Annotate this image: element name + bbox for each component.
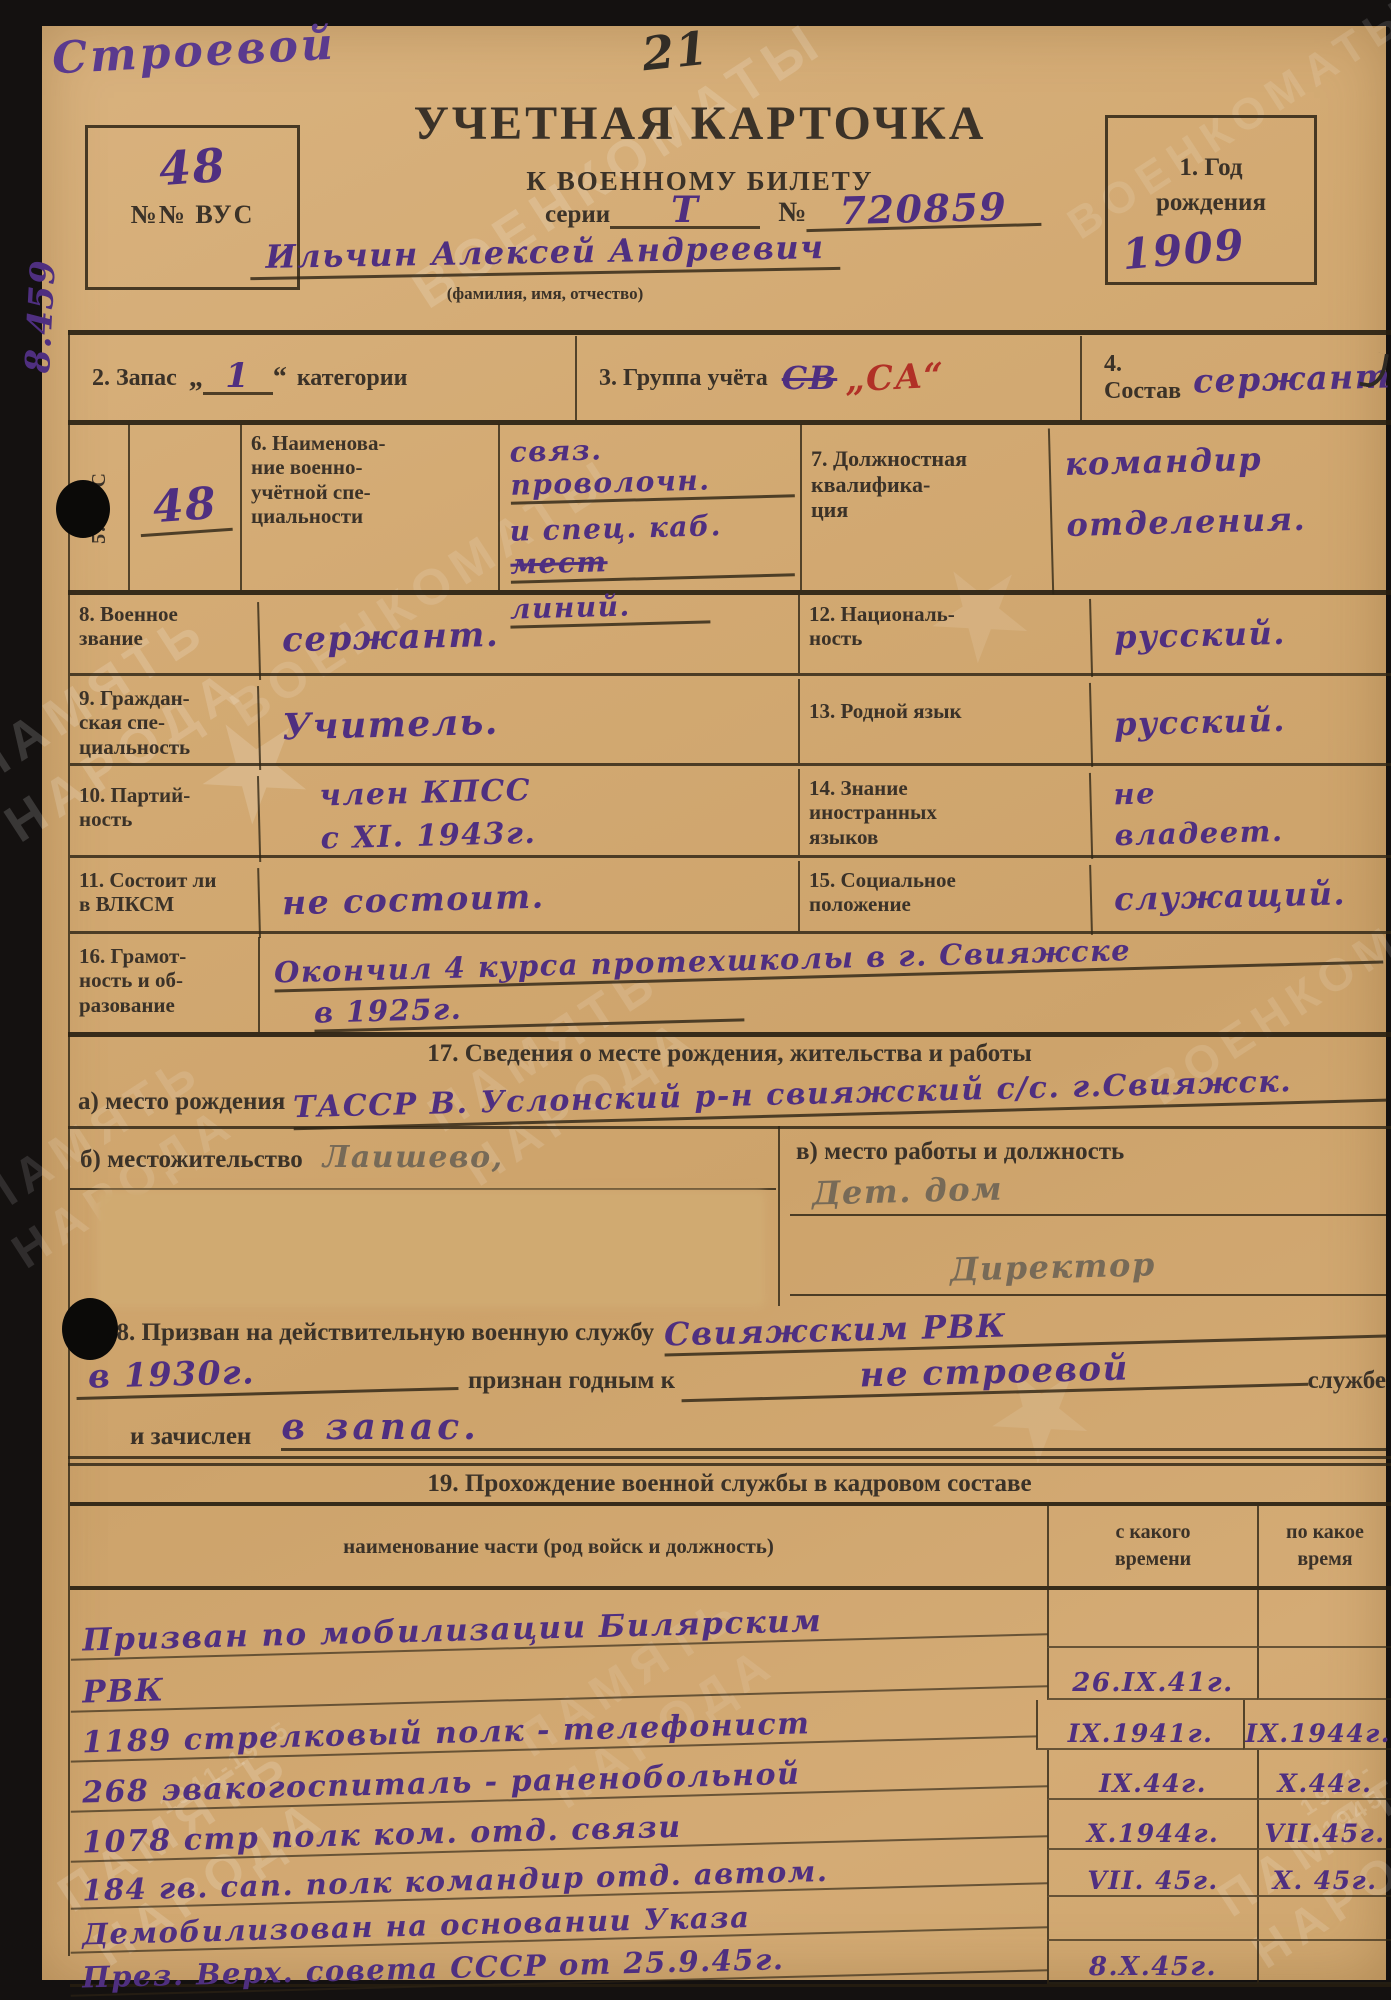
series-label: серии [545, 201, 610, 229]
redacted-area [100, 1194, 762, 1304]
service-to: X. 45г. [1257, 1850, 1391, 1897]
enlisted-label: и зачислен [130, 1423, 251, 1451]
field-13-label: 13. Родной язык [798, 679, 1090, 763]
service-row: През. Верх. совета СССР от 25.9.45г. 8.X… [70, 1941, 1391, 1987]
field-10-value: член КПСС с XI. 1943г. [257, 762, 799, 862]
service-to [1257, 1590, 1391, 1648]
field-4-label: 4. Состав [1104, 351, 1183, 405]
birth-year-value: 1909 [1120, 214, 1316, 280]
series-number-line: серии Т № 720859 [545, 192, 1085, 229]
field-3-value: „СА“ [844, 355, 946, 400]
scanned-military-card: { "colors":{"paper":"#d2a872","ink_purpl… [0, 0, 1391, 2000]
field-15-value: служащий. [1089, 857, 1391, 935]
conscription-label: 18. Призван на действительную военную сл… [104, 1319, 654, 1347]
divider [68, 1456, 1391, 1459]
service-row: РВК 26.IX.41г. [70, 1648, 1391, 1700]
service-row: 184 гв. сап. полк командир отд. автом. V… [70, 1850, 1391, 1897]
field-12-label: 12. Националь- ность [798, 595, 1090, 673]
row-16: 16. Грамот- ность и об- разование Окончи… [70, 937, 1391, 1032]
field-8-value: сержант. [257, 588, 799, 680]
field-2-zapas: 2. Запас „ 1 “ категории [70, 336, 575, 420]
field-6-value: связ. проволочн. и спец. каб. мест линий… [498, 424, 800, 590]
birth-year-box: 1. Год рождения 1909 [1105, 115, 1317, 285]
divider [70, 1188, 776, 1190]
divider [68, 1463, 1391, 1466]
conscription-year-value: в 1930г. [76, 1347, 459, 1400]
divider [68, 330, 1391, 335]
conscription-line2: в 1930г. признан годным к не строевой сл… [76, 1352, 1386, 1395]
field-2-value: 1 [203, 361, 273, 395]
vus-number-label: №№ ВУС [88, 200, 297, 230]
service-row: 268 эвакогоспиталь - раненобольной IX.44… [70, 1750, 1391, 1800]
number-value: 720859 [806, 189, 1042, 232]
field-6-value-line1: связ. проволочн. [509, 428, 795, 504]
field-3-group: 3. Группа учёта СВ „СА“ [575, 336, 1080, 420]
conscription-line1: 18. Призван на действительную военную сл… [104, 1306, 1386, 1347]
row-8-12: 8. Военное звание сержант. 12. Националь… [70, 595, 1391, 676]
divider [790, 1294, 1386, 1296]
divider [778, 1126, 780, 1306]
field-14-label: 14. Знание иностранных языков [798, 769, 1090, 855]
service-to [1257, 1648, 1391, 1700]
quote-mark: „ [189, 362, 203, 394]
field-11-value: не состоит. [257, 854, 799, 938]
service-from: X.1944г. [1047, 1800, 1257, 1850]
field-6-value-line2: и спец. каб. [509, 509, 722, 548]
field-11-label: 11. Состоит ли в ВЛКСМ [70, 861, 258, 931]
residence-value: Лаишево, [323, 1140, 504, 1175]
service-from [1047, 1590, 1257, 1648]
row-11-15: 11. Состоит ли в ВЛКСМ не состоит. 15. С… [70, 861, 1391, 934]
card-title: УЧЕТНАЯ КАРТОЧКА [320, 96, 1080, 151]
hole-punch [56, 480, 110, 538]
fit-for-label: признан годным к [468, 1367, 675, 1395]
birthplace-label: а) место рождения [78, 1088, 285, 1116]
field-10-label: 10. Партий- ность [70, 769, 258, 855]
residence-label: б) местожительство [80, 1146, 303, 1173]
name-caption: (фамилия, имя, отчество) [250, 284, 840, 304]
field-7-label: 7. Должностная квалифика- ция [800, 424, 1050, 590]
field-5-value: 48 [137, 477, 233, 537]
service-from [1047, 1897, 1257, 1941]
field-2-label: 2. Запас [92, 365, 177, 392]
divider [68, 1126, 1391, 1129]
row-2-3-4: 2. Запас „ 1 “ категории 3. Группа учёта… [70, 336, 1391, 420]
workplace-value: Дет. дом [812, 1170, 1004, 1213]
field-6-label: 6. Наименова- ние военно- учётной спе- ц… [240, 424, 498, 590]
residence-block: б) местожительство Лаишево, [80, 1140, 770, 1175]
section-19-title: 19. Прохождение военной службы в кадрово… [68, 1470, 1391, 1498]
vus-number-value: 48 [86, 133, 298, 201]
field-3-label: 3. Группа учёта [599, 365, 768, 392]
service-table-header: наименование части (род войск и должност… [70, 1506, 1391, 1590]
divider [68, 1032, 1391, 1037]
field-9-value: Учитель. [257, 672, 799, 770]
service-to [1257, 1941, 1391, 1984]
field-2-label-post: категории [297, 365, 408, 392]
field-8-label: 8. Военное звание [70, 595, 258, 673]
field-14-value: не владеет. [1089, 765, 1391, 859]
service-from: 8.X.45г. [1047, 1941, 1257, 1984]
row-5-6-7: 5. ВУС 48 6. Наименова- ние военно- учёт… [70, 424, 1391, 590]
birthplace-line: а) место рождения ТАССР В. Услонский р-н… [78, 1074, 1386, 1116]
column-header-to: по какое время [1257, 1506, 1391, 1586]
workplace-label: в) место работы и должность [796, 1138, 1124, 1166]
service-row: 1078 стр полк ком. отд. связи X.1944г. V… [70, 1800, 1391, 1850]
service-label: службе [1308, 1367, 1386, 1395]
field-6-value-struck: мест [510, 545, 608, 581]
birth-year-label: 1. Год рождения [1108, 150, 1314, 220]
field-4-sostav: 4. Состав сержант [1080, 336, 1391, 420]
number-label: № [778, 197, 806, 229]
field-7-value: командир отделения. [1048, 420, 1391, 595]
field-9-label: 9. Граждан- ская спе- циальность [70, 679, 258, 763]
service-to: IX.1944г. [1243, 1700, 1391, 1750]
row-10-14: 10. Партий- ность член КПСС с XI. 1943г.… [70, 769, 1391, 858]
field-3-crossed-value: СВ [782, 359, 838, 397]
service-from: VII. 45г. [1047, 1850, 1257, 1897]
field-16-value: Окончил 4 курса протехшколы в г. Свияжск… [258, 937, 1391, 1032]
service-from: 26.IX.41г. [1047, 1648, 1257, 1700]
divider [790, 1214, 1386, 1216]
service-from: IX.1941г. [1036, 1700, 1244, 1750]
service-row: Призван по мобилизации Билярским [70, 1590, 1391, 1648]
service-to: VII.45г. [1257, 1800, 1391, 1850]
column-header-unit: наименование части (род войск и должност… [70, 1506, 1047, 1586]
field-16-value-line1: Окончил 4 курса протехшколы в г. Свияжск… [274, 926, 1384, 992]
field-5-value-cell: 48 [128, 424, 240, 590]
enlisted-value: в запас. [281, 1408, 1386, 1451]
page-number: 21 [639, 21, 711, 82]
column-header-from: с какого времени [1047, 1506, 1257, 1586]
margin-note: 8.459 [18, 258, 64, 374]
row-9-13: 9. Граждан- ская спе- циальность Учитель… [70, 679, 1391, 766]
field-15-label: 15. Социальное положение [798, 861, 1090, 931]
service-from: IX.44г. [1047, 1750, 1257, 1800]
quote-mark: “ [273, 362, 287, 394]
service-row: 1189 стрелковый полк - телефонист IX.194… [70, 1700, 1391, 1750]
field-16-label: 16. Грамот- ность и об- разование [70, 937, 258, 1032]
series-value: Т [610, 194, 760, 229]
field-12-value: русский. [1089, 591, 1391, 677]
position-value: Директор [950, 1245, 1157, 1288]
conscription-line3: и зачислен в запас. [130, 1408, 1386, 1451]
service-to: X.44г. [1257, 1750, 1391, 1800]
fit-for-value: не строевой [681, 1346, 1308, 1403]
service-table: наименование части (род войск и должност… [70, 1502, 1391, 1987]
service-to [1257, 1897, 1391, 1941]
field-13-value: русский. [1089, 675, 1391, 767]
service-row: Демобилизован на основании Указа [70, 1897, 1391, 1941]
field-16-value-line2: в 1925г. [314, 984, 745, 1032]
hole-punch [62, 1298, 118, 1360]
